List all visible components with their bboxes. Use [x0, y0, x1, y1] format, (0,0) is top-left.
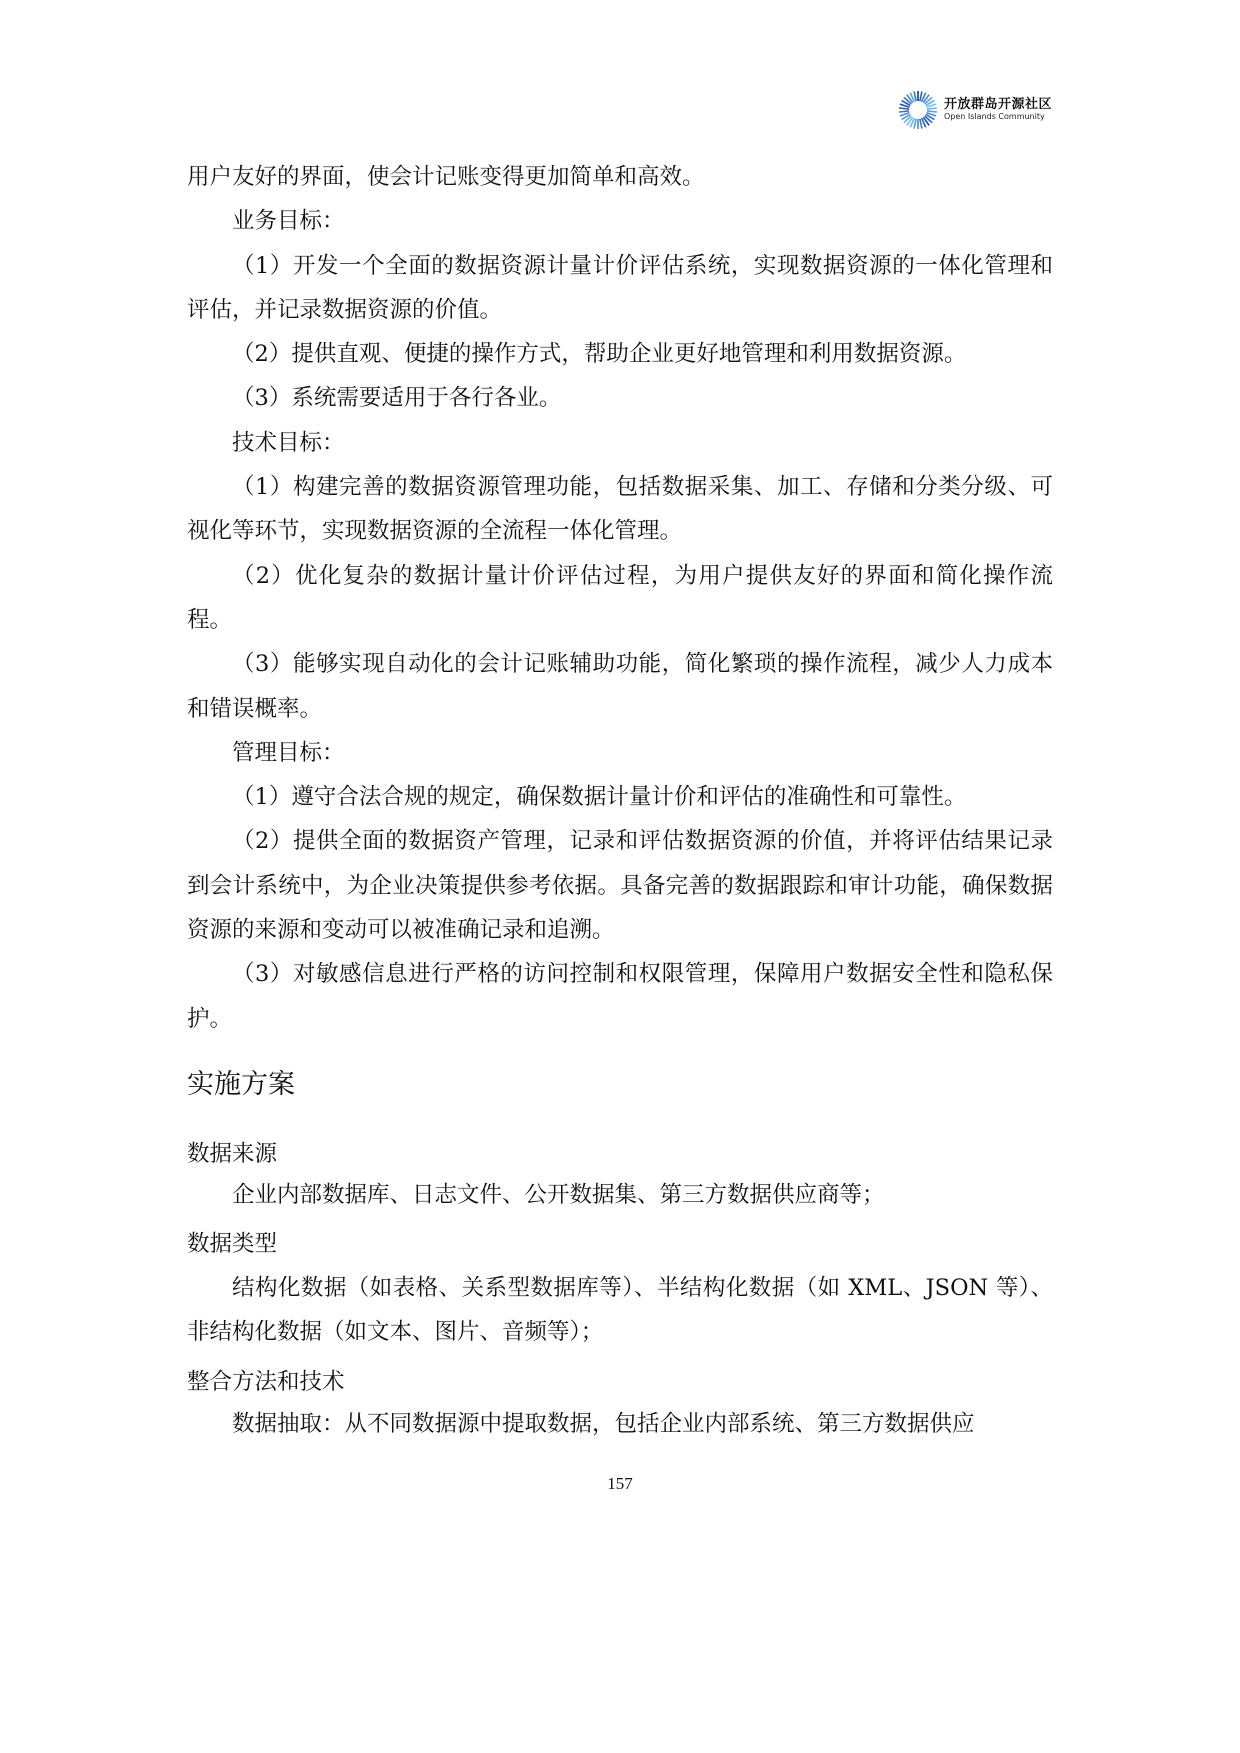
business-goals-label: 业务目标：: [187, 199, 1053, 243]
paragraph: （3）能够实现自动化的会计记账辅助功能，简化繁琐的操作流程，减少人力成本和错误概…: [187, 642, 1053, 731]
subsection-text-data-type: 结构化数据（如表格、关系型数据库等）、半结构化数据（如 XML、JSON 等）、…: [187, 1266, 1053, 1355]
paragraph: （1）开发一个全面的数据资源计量计价评估系统，实现数据资源的一体化管理和评估，并…: [187, 244, 1053, 333]
technical-goals-label: 技术目标：: [187, 421, 1053, 465]
paragraph: 用户友好的界面，使会计记账变得更加简单和高效。: [187, 155, 1053, 199]
subsection-title-data-type: 数据类型: [187, 1226, 277, 1258]
sunburst-ring-logo-icon: [898, 90, 938, 130]
paragraph: （1）构建完善的数据资源管理功能，包括数据采集、加工、存储和分类分级、可视化等环…: [187, 465, 1053, 554]
community-logo: 开放群岛开源社区 Open Islands Community: [898, 88, 1068, 132]
paragraph: （3）对敏感信息进行严格的访问控制和权限管理，保障用户数据安全性和隐私保护。: [187, 952, 1053, 1041]
management-goals-label: 管理目标：: [187, 731, 1053, 775]
subsection-title-integration: 整合方法和技术: [187, 1364, 345, 1396]
subsection-text-data-source: 企业内部数据库、日志文件、公开数据集、第三方数据供应商等；: [187, 1173, 1053, 1217]
logo-text: 开放群岛开源社区 Open Islands Community: [944, 98, 1052, 121]
logo-name-cn: 开放群岛开源社区: [944, 98, 1052, 112]
body-paragraphs: 用户友好的界面，使会计记账变得更加简单和高效。 业务目标： （1）开发一个全面的…: [187, 155, 1053, 1041]
section-title: 实施方案: [187, 1062, 295, 1101]
page-number: 157: [0, 1474, 1240, 1494]
paragraph: （2）提供直观、便捷的操作方式，帮助企业更好地管理和利用数据资源。: [187, 332, 1053, 376]
paragraph: （1）遵守合法合规的规定，确保数据计量计价和评估的准确性和可靠性。: [187, 775, 1053, 819]
subsection-title-data-source: 数据来源: [187, 1136, 277, 1168]
paragraph: （2）提供全面的数据资产管理，记录和评估数据资源的价值，并将评估结果记录到会计系…: [187, 819, 1053, 952]
logo-name-en: Open Islands Community: [944, 113, 1052, 122]
paragraph: （3）系统需要适用于各行各业。: [187, 376, 1053, 420]
subsection-text-integration: 数据抽取：从不同数据源中提取数据，包括企业内部系统、第三方数据供应: [187, 1402, 1053, 1446]
paragraph: （2）优化复杂的数据计量计价评估过程，为用户提供友好的界面和简化操作流程。: [187, 554, 1053, 643]
